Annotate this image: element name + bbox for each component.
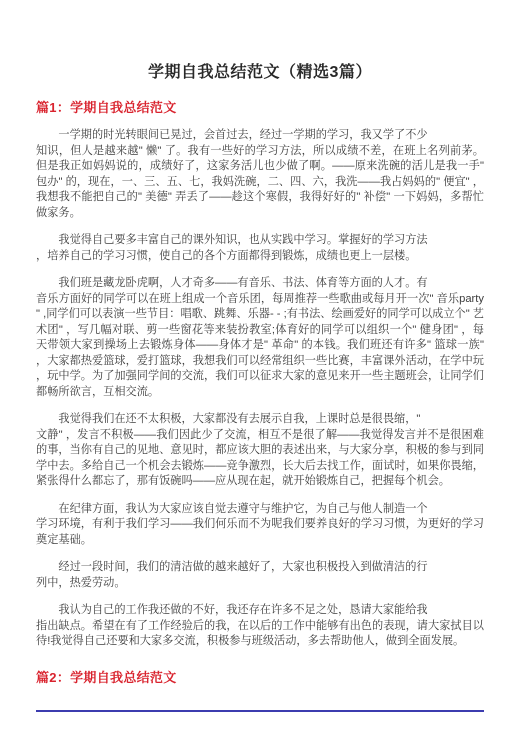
article-1-paragraph-6: 经过一段时间，我们的清洁做的越来越好了，大家也积极投入到做清洁的行 列中，热爱劳… xyxy=(36,560,484,591)
article-1: 篇1：学期自我总结范文 一学期的时光转眼间已晃过，会首过去，经过一学期的学习，我… xyxy=(36,97,484,650)
document-title: 学期自我总结范文（精选3篇） xyxy=(0,0,520,82)
article-1-heading: 篇1：学期自我总结范文 xyxy=(36,97,484,116)
document-page: 学期自我总结范文（精选3篇） 篇1：学期自我总结范文 一学期的时光转眼间已晃过，… xyxy=(0,0,520,736)
article-1-paragraph-2: 我觉得自己要多丰富自己的课外知识，也从实践中学习。掌握好的学习方法 ，培养自己的… xyxy=(36,233,484,264)
article-1-paragraph-7: 我认为自己的工作我还做的不好，我还存在许多不足之处，恳请大家能给我 指出缺点。希… xyxy=(36,603,484,650)
section-divider-line xyxy=(36,710,484,712)
article-2-heading: 篇2：学期自我总结范文 xyxy=(36,667,484,686)
article-1-paragraph-3: 我们班是藏龙卧虎啊，人才奇多——有音乐、书法、体育等方面的人才。有 音乐方面好的… xyxy=(36,276,484,400)
document-content: 篇1：学期自我总结范文 一学期的时光转眼间已晃过，会首过去，经过一学期的学习，我… xyxy=(36,97,484,686)
article-1-paragraph-4: 我觉得我们在还不太积极，大家都没有去展示自我，上课时总是很畏缩，" 文静" ，发… xyxy=(36,412,484,490)
article-2: 篇2：学期自我总结范文 xyxy=(36,667,484,686)
article-1-paragraph-1: 一学期的时光转眼间已晃过，会首过去，经过一学期的学习，我又学了不少 知识，但人是… xyxy=(36,128,484,221)
article-1-paragraph-5: 在纪律方面，我认为大家应该自觉去遵守与维护它，为自己与他人制造一个 学习环境，有… xyxy=(36,502,484,549)
